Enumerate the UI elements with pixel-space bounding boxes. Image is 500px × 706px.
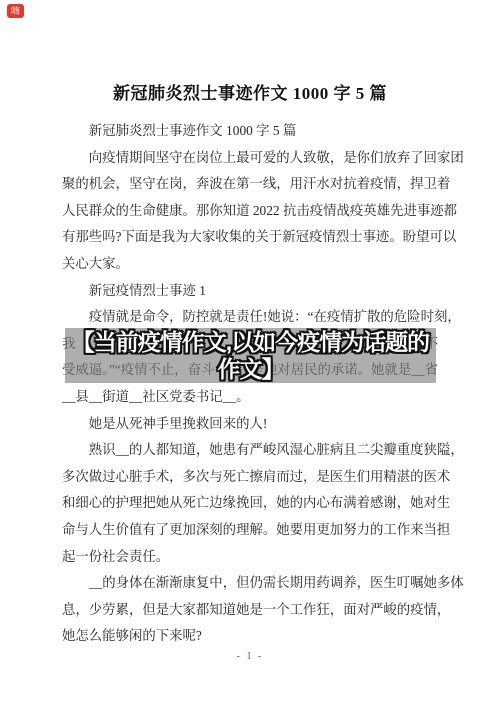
- text-line: 新冠疫情烈士事迹 1: [62, 278, 438, 305]
- text-line: 息，少劳累，但是大家都知道她是一个工作狂，面对严峻的疫情，: [62, 597, 438, 624]
- text-line: 向疫情期间坚守在岗位上最可爱的人致敬，是你们放弃了回家团: [62, 145, 438, 172]
- text-line: 她是从死神手里挽救回来的人!: [62, 411, 438, 438]
- document-body: 新冠肺炎烈士事迹作文 1000 字 5 篇向疫情期间坚守在岗位上最可爱的人致敬，…: [62, 118, 438, 650]
- text-line: 她怎么能够闲的下来呢?: [62, 623, 438, 650]
- text-line: 起一份社会责任。: [62, 544, 438, 571]
- watermark-overlay-band: 【当前疫情作文,以如今疫情为话题的 作文】: [65, 328, 436, 383]
- text-line: 有那些吗?下面是我为大家收集的关于新冠疫情烈士事迹。盼望可以: [62, 224, 438, 251]
- document-page: 嗨 新冠肺炎烈士事迹作文 1000 字 5 篇 新冠肺炎烈士事迹作文 1000 …: [0, 0, 500, 706]
- watermark-text-line2: 作文】: [218, 356, 284, 383]
- text-line: __县__街道__社区党委书记__。: [62, 384, 438, 411]
- text-line: 熟识__的人都知道，她患有严峻风湿心脏病且二尖瓣重度狭隘，: [62, 437, 438, 464]
- watermark-text-line1: 【当前疫情作文,以如今疫情为话题的: [72, 329, 429, 356]
- text-line: 多次做过心脏手术，多次与死亡擦肩而过，是医生们用精湛的医术: [62, 464, 438, 491]
- text-line: 和细心的护理把她从死亡边缘挽回，她的内心布满着感谢，她对生: [62, 490, 438, 517]
- page-number: - 1 -: [0, 651, 500, 662]
- text-line: __的身体在渐渐康复中，但仍需长期用药调养，医生叮嘱她多体: [62, 570, 438, 597]
- text-line: 关心大家。: [62, 251, 438, 278]
- document-title: 新冠肺炎烈士事迹作文 1000 字 5 篇: [0, 79, 500, 104]
- text-line: 命与人生价值有了更加深刻的理解。她要用更加努力的工作来当担: [62, 517, 438, 544]
- site-logo-badge: 嗨: [7, 4, 24, 18]
- text-line: 新冠肺炎烈士事迹作文 1000 字 5 篇: [62, 118, 438, 145]
- text-line: 人民群众的生命健康。那你知道 2022 抗击疫情战疫英雄先进事迹都: [62, 198, 438, 225]
- text-line: 疫情就是命令，防控就是责任!她说：“在疫情扩散的危险时刻，: [62, 304, 438, 331]
- text-line: 聚的机会，坚守在岗，奔波在第一线，用汗水对抗着疫情，捍卫着: [62, 171, 438, 198]
